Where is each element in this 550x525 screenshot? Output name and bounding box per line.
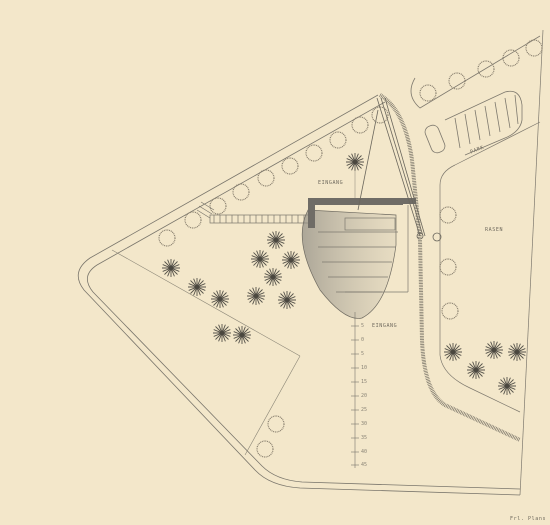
scale-tick: 0 <box>361 337 364 343</box>
scale-tick: 35 <box>361 435 367 441</box>
scale-tick: 40 <box>361 449 367 455</box>
scale-tick: 30 <box>361 421 367 427</box>
scale-tick: 10 <box>361 365 367 371</box>
round-trees-east <box>440 207 458 319</box>
scale-tick: 15 <box>361 379 367 385</box>
west-road <box>78 95 520 495</box>
parking-area <box>411 36 540 155</box>
star-trees-east <box>444 341 526 395</box>
scale-tick: 45 <box>361 462 367 468</box>
building <box>302 198 416 318</box>
scale-tick: 20 <box>361 393 367 399</box>
scale-tick: 5 <box>361 351 364 357</box>
site-plan-drawing <box>0 0 550 525</box>
scale-tick: 5 <box>361 323 364 329</box>
east-lawn <box>440 30 543 495</box>
round-trees-parking <box>420 40 542 101</box>
label-lawn-east: RASEN <box>485 227 503 233</box>
scale-bar <box>351 312 359 468</box>
label-signature: Frl. Plans No. <box>510 516 550 522</box>
round-trees-south <box>257 416 284 457</box>
label-building-north: EINGANG <box>318 180 343 186</box>
label-building-south: EINGANG <box>372 323 397 329</box>
scale-tick: 25 <box>361 407 367 413</box>
east-hedge <box>380 95 520 440</box>
site-plan-sheet: EINGANG EINGANG PARK RASEN Frl. Plans No… <box>0 0 550 525</box>
